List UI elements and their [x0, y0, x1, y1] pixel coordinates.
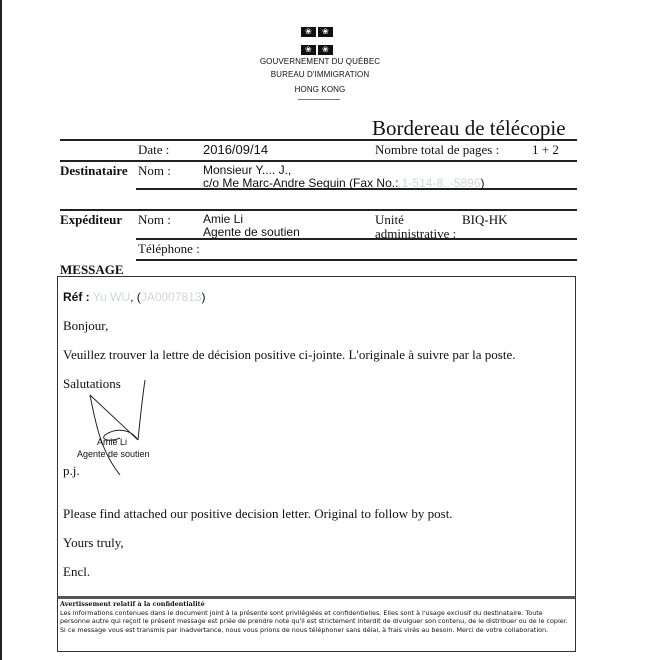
- fax-number-redacted: 1-514-8..-5896: [402, 176, 481, 190]
- logo-rule: [298, 99, 340, 100]
- org-name: GOUVERNEMENT DU QUÉBEC: [220, 57, 420, 66]
- divider: [60, 209, 577, 211]
- confidentiality-title: Avertissement relatif à la confidentiali…: [60, 600, 205, 608]
- dest-nom-line2: c/o Me Marc-Andre Seguin (Fax No.: 1-514…: [203, 176, 484, 190]
- recipient-name: Monsieur Y.... J.,: [203, 163, 291, 177]
- exp-nom-line1: Amie Li: [203, 212, 243, 226]
- date-label: Date :: [138, 142, 169, 158]
- page-title: Bordereau de télécopie: [372, 116, 566, 141]
- divider: [60, 139, 577, 141]
- expediteur-label: Expéditeur: [60, 212, 122, 228]
- unite-label-2: administrative :: [375, 226, 456, 242]
- divider: [60, 160, 577, 162]
- enclosure-en: Encl.: [63, 564, 90, 580]
- enclosure-fr: p.j.: [63, 463, 80, 479]
- dest-nom-label: Nom :: [138, 163, 171, 179]
- scan-edge: [0, 0, 2, 660]
- unite-value: BIQ-HK: [462, 212, 508, 228]
- destinataire-label: Destinataire: [60, 163, 128, 179]
- care-of-text: c/o Me Marc-Andre Seguin (Fax No.:: [203, 176, 398, 190]
- telephone-label: Téléphone :: [138, 241, 200, 257]
- exp-nom-line2: Agente de soutien: [203, 225, 300, 239]
- body-fr: Veuillez trouver la lettre de décision p…: [63, 347, 516, 363]
- confidentiality-notice: Avertissement relatif à la confidentiali…: [60, 600, 573, 634]
- org-city: HONG KONG: [220, 85, 420, 94]
- ref-number-redacted: JA0007813: [141, 290, 202, 304]
- signature-title: Agente de soutien: [77, 449, 150, 459]
- ref-sep: , (: [130, 290, 141, 304]
- divider: [136, 259, 577, 261]
- paren-close: ): [480, 176, 484, 190]
- dest-nom-line1: Monsieur Y.... J.,: [203, 163, 291, 177]
- body-en: Please find attached our positive decisi…: [63, 506, 453, 522]
- signature-name: Amie Li: [97, 437, 127, 447]
- ref-name-redacted: Yu WU: [93, 290, 130, 304]
- confidentiality-box: Avertissement relatif à la confidentiali…: [57, 596, 576, 652]
- reference-line: Réf : Yu WU, (JA0007813): [63, 290, 206, 304]
- ref-close: ): [202, 290, 206, 304]
- greeting-fr: Bonjour,: [63, 318, 108, 334]
- closing-en: Yours truly,: [63, 535, 124, 551]
- exp-nom-label: Nom :: [138, 212, 171, 228]
- confidentiality-text: Les informations contenues dans le docum…: [60, 609, 568, 634]
- date-value: 2016/09/14: [203, 142, 268, 157]
- pages-value: 1 + 2: [532, 142, 559, 158]
- org-bureau: BUREAU D'IMMIGRATION: [220, 70, 420, 79]
- pages-label: Nombre total de pages :: [375, 142, 499, 158]
- ref-label: Réf :: [63, 290, 90, 304]
